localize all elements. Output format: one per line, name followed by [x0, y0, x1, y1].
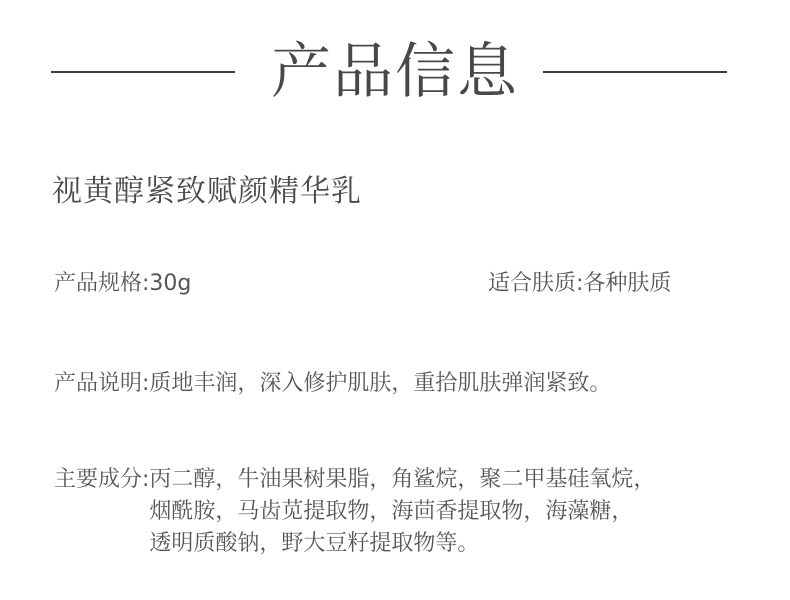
- description-row: 产品说明: 质地丰润，深入修护肌肤，重拾肌肤弹润紧致。: [54, 368, 611, 400]
- skin-type-row: 适合肤质: 各种肤质: [488, 268, 671, 300]
- product-name: 视黄醇紧致赋颜精华乳: [52, 172, 362, 212]
- spec-value: 30g: [149, 268, 191, 300]
- ingredients-value: 丙二醇，牛油果树果脂，角鲨烷，聚二甲基硅氧烷， 烟酰胺，马齿苋提取物，海茴香提取…: [149, 464, 655, 560]
- spec-label: 产品规格:: [54, 268, 149, 300]
- header-rule-right: [543, 71, 727, 73]
- skin-type-label: 适合肤质:: [488, 268, 583, 300]
- ingredients-line: 烟酰胺，马齿苋提取物，海茴香提取物，海藻糖，: [149, 496, 655, 528]
- ingredients-row: 主要成分: 丙二醇，牛油果树果脂，角鲨烷，聚二甲基硅氧烷， 烟酰胺，马齿苋提取物…: [54, 464, 655, 560]
- ingredients-label: 主要成分:: [54, 464, 149, 560]
- ingredients-line: 丙二醇，牛油果树果脂，角鲨烷，聚二甲基硅氧烷，: [149, 464, 655, 496]
- description-value: 质地丰润，深入修护肌肤，重拾肌肤弹润紧致。: [149, 368, 611, 400]
- description-label: 产品说明:: [54, 368, 149, 400]
- ingredients-line: 透明质酸钠，野大豆籽提取物等。: [149, 528, 655, 560]
- skin-type-value: 各种肤质: [583, 268, 671, 300]
- spec-row: 产品规格: 30g: [54, 268, 191, 300]
